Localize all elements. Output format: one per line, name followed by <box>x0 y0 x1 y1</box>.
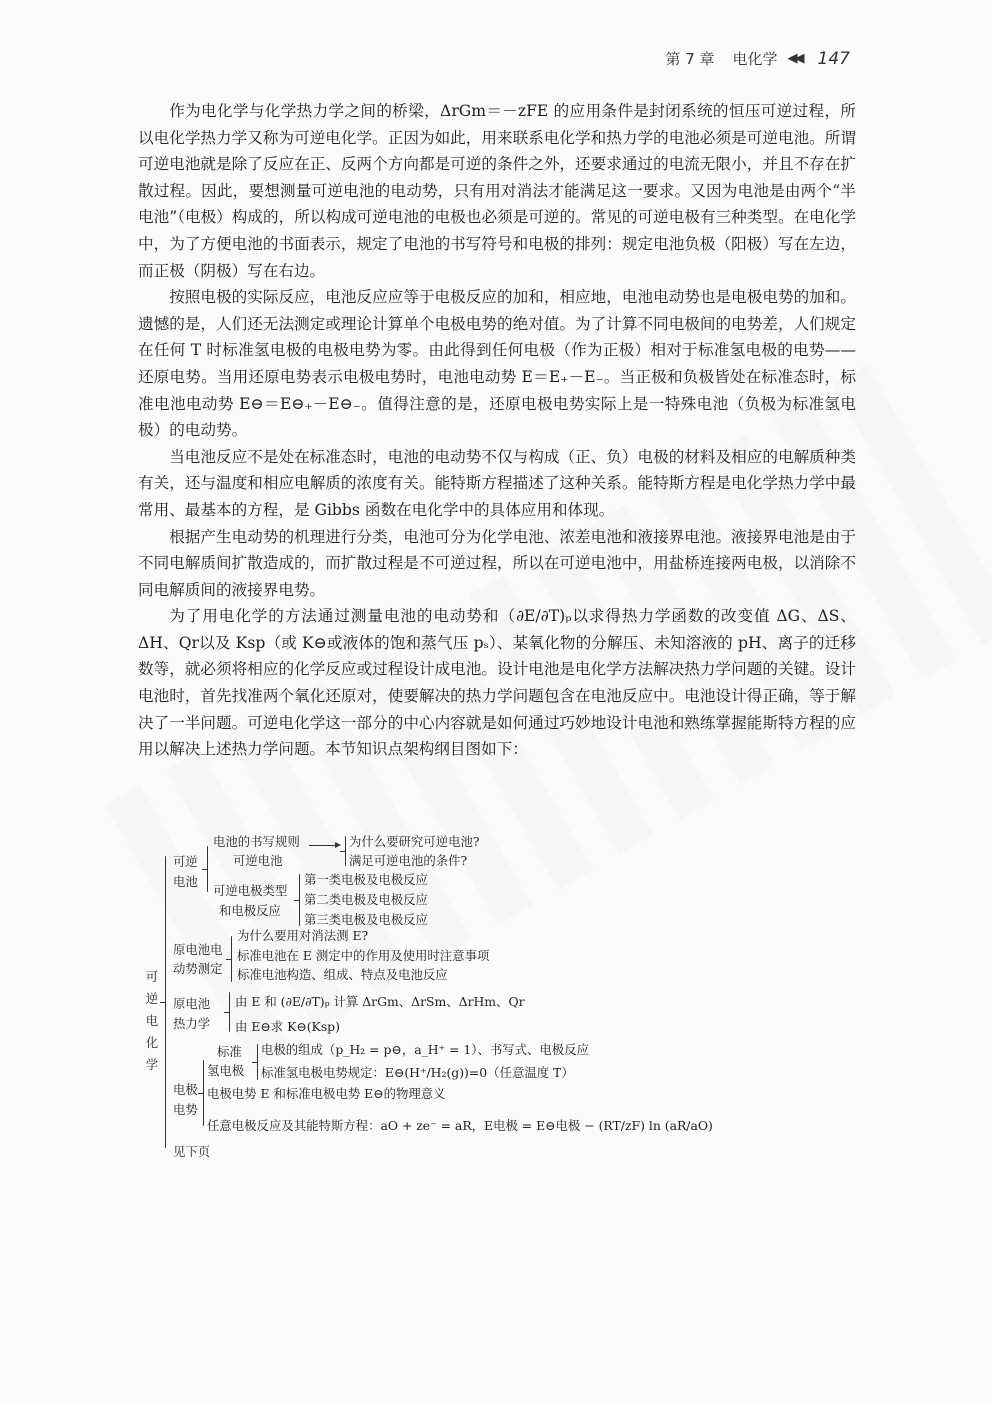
outline-item: 由 E 和 (∂E/∂T)ₚ 计算 ΔrGm、ΔrSm、ΔrHm、Qr <box>235 992 525 1011</box>
outline-item: 电极电势 E 和标准电极电势 E⊖的物理意义 <box>207 1084 446 1103</box>
outline-item: 标准电池构造、组成、特点及电池反应 <box>237 965 448 984</box>
outline-item: 为什么要用对消法测 E? <box>237 926 368 945</box>
double-left-arrow-icon: ◀◀ <box>788 51 802 66</box>
standard-hydrogen-electrode-line1: 标准 <box>217 1042 242 1061</box>
outline-item: 电极的组成（p_H₂ = p⊖，a_H⁺ = 1）、书写式、电极反应 <box>261 1040 589 1059</box>
electrode-types: 可逆电极类型 <box>213 881 287 900</box>
paragraph-5: 为了用电化学的方法通过测量电池的电动势和（∂E/∂T)ₚ以求得热力学函数的改变值… <box>138 603 856 763</box>
sub-brace <box>257 1044 258 1080</box>
branch-emf-measurement-line2: 动势测定 <box>173 959 223 978</box>
branch-reversible-cell-line1: 可逆 <box>173 852 198 871</box>
paragraph-3: 当电池反应不是处在标准态时，电池的电动势不仅与构成（正、负）电极的材料及相应的电… <box>138 444 856 524</box>
root-char: 可 <box>145 966 159 988</box>
electrode-reactions: 和电极反应 <box>219 901 281 920</box>
chapter-title: 电化学 <box>733 48 778 69</box>
reversible-cell: 可逆电池 <box>233 851 283 870</box>
branch-cell-thermodynamics-line1: 原电池 <box>173 994 210 1013</box>
branch-cell-thermodynamics-line2: 热力学 <box>173 1014 210 1033</box>
cell-writing-rules: 电池的书写规则 <box>213 832 300 851</box>
branch-reversible-cell-line2: 电池 <box>173 872 198 891</box>
paragraph-1: 作为电化学与化学热力学之间的桥梁，ΔrGm＝－zFE 的应用条件是封闭系统的恒压… <box>138 98 856 284</box>
outline-item: 由 E⊖求 K⊖(Ksp) <box>235 1017 340 1036</box>
standard-hydrogen-electrode-line2: 氢电极 <box>207 1061 244 1080</box>
branch-electrode-potential-line1: 电极 <box>173 1080 198 1099</box>
root-char: 化 <box>145 1032 159 1054</box>
root-char: 学 <box>145 1054 159 1076</box>
branch-brace <box>229 992 230 1032</box>
page-number: 147 <box>818 49 850 69</box>
branch-brace <box>207 846 208 892</box>
outline-item: 第一类电极及电极反应 <box>304 870 428 889</box>
outline-item: 标准氢电极电势规定：E⊖(H⁺/H₂(g))=0（任意温度 T） <box>261 1063 574 1082</box>
body-text: 作为电化学与化学热力学之间的桥梁，ΔrGm＝－zFE 的应用条件是封闭系统的恒压… <box>138 98 856 763</box>
knowledge-outline-diagram: 可 逆 电 化 学 可逆 电池 电池的书写规则 可逆电池 为什么要研究可逆电池?… <box>145 832 665 1162</box>
outline-item: 任意电极反应及其能特斯方程：aO + ze⁻ = aR，E电极 = E⊖电极 −… <box>207 1116 713 1135</box>
root-brace <box>165 856 166 1148</box>
root-char: 逆 <box>145 988 159 1010</box>
chapter-number: 第 7 章 <box>665 48 714 69</box>
branch-emf-measurement-line1: 原电池电 <box>173 940 223 959</box>
branch-brace <box>203 1060 204 1126</box>
outline-item: 满足可逆电池的条件? <box>349 851 467 870</box>
outline-item: 第二类电极及电极反应 <box>304 890 428 909</box>
paragraph-2: 按照电极的实际反应，电池反应应等于电极反应的加和，相应地，电池电动势也是电极电势… <box>138 284 856 444</box>
right-arrow-icon <box>309 845 339 846</box>
paragraph-4: 根据产生电动势的机理进行分类，电池可分为化学电池、浓差电池和液接界电池。液接界电… <box>138 524 856 604</box>
branch-brace <box>231 936 232 982</box>
branch-electrode-potential-line2: 电势 <box>173 1100 198 1119</box>
see-next-page: 见下页 <box>173 1142 210 1161</box>
sub-brace <box>299 874 300 926</box>
outline-root-label: 可 逆 电 化 学 <box>145 966 159 1076</box>
outline-item: 标准电池在 E 测定中的作用及使用时注意事项 <box>237 946 489 965</box>
running-head: 第 7 章 电化学 ◀◀ 147 <box>665 48 850 69</box>
sub-brace <box>345 836 346 866</box>
root-char: 电 <box>145 1010 159 1032</box>
outline-item: 为什么要研究可逆电池? <box>349 832 480 851</box>
